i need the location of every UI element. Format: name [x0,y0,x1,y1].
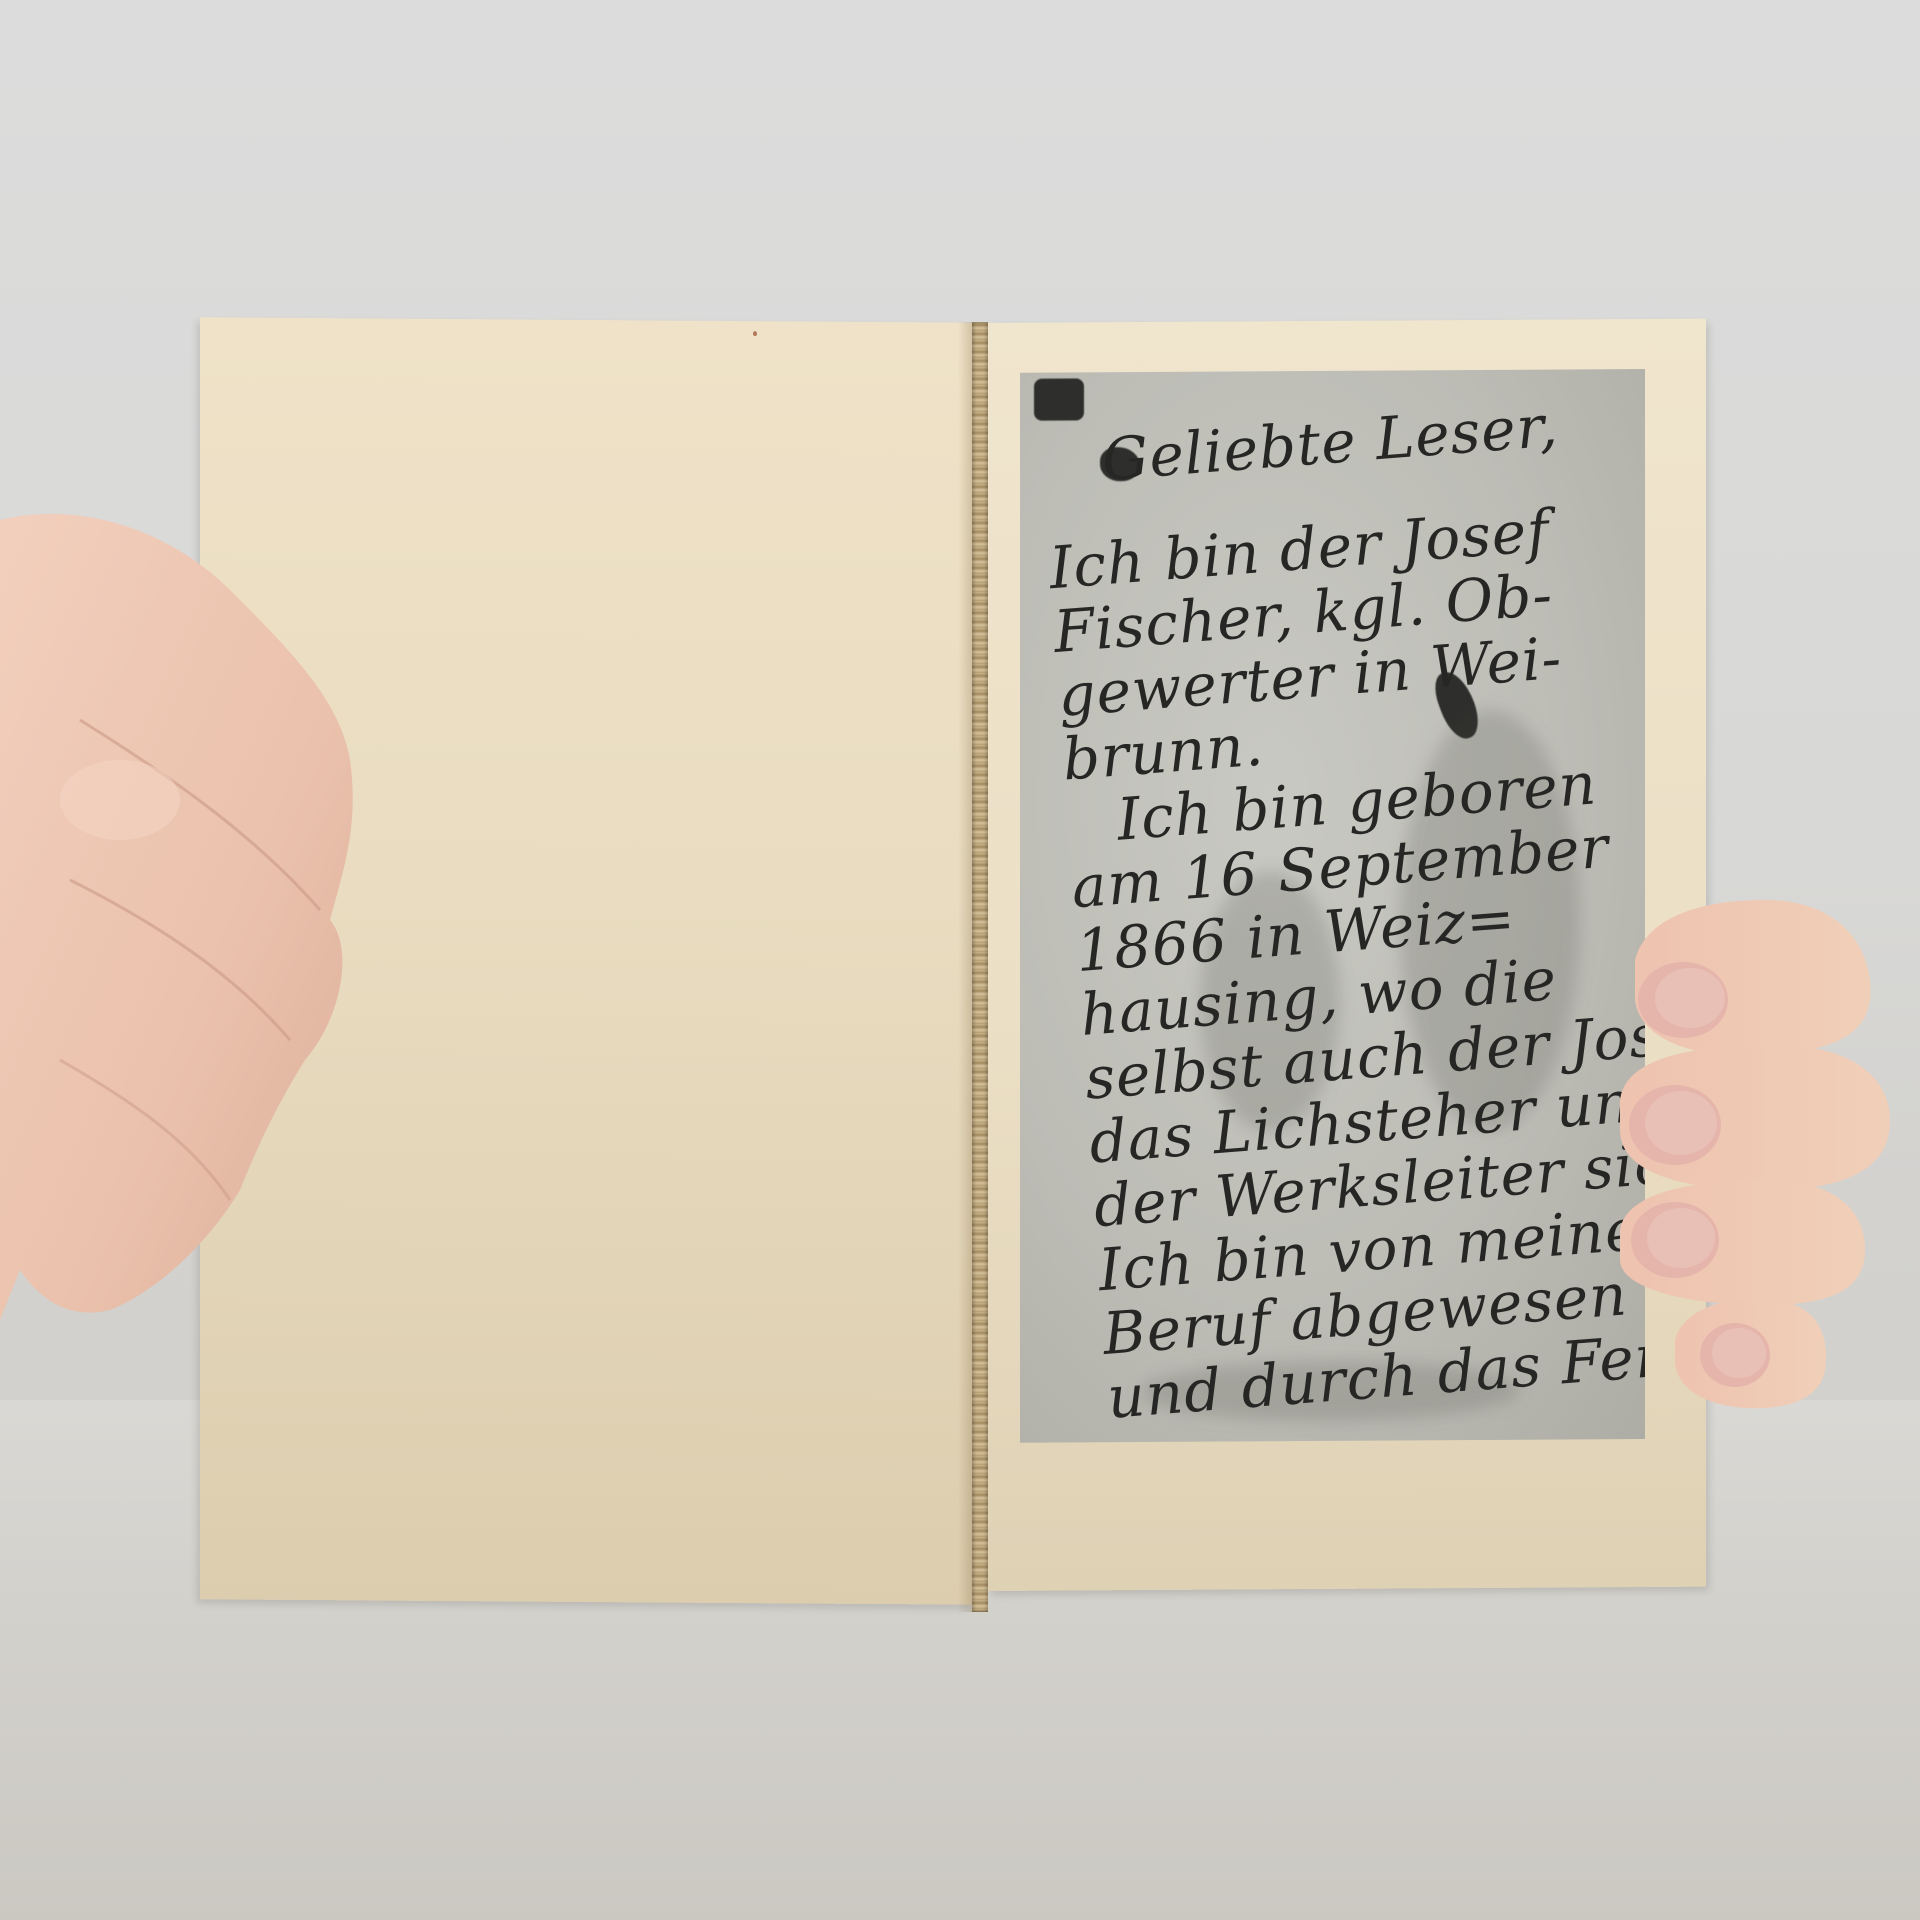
finger-little [1675,1299,1826,1408]
finger-index [1635,900,1871,1056]
left-hand [0,500,380,1320]
handwritten-letter-plate: Geliebte Leser, Ich bin der Josef Fische… [1020,369,1645,1443]
ink-blot-corner [1034,378,1084,420]
right-hand [1615,880,1895,1420]
book-spine-binding [972,322,988,1612]
photo-scene: Geliebte Leser, Ich bin der Josef Fische… [0,0,1920,1920]
finger-middle [1620,1045,1890,1190]
paper-speck [753,331,757,336]
finger-ring [1620,1180,1865,1305]
handwritten-text: Geliebte Leser, Ich bin der Josef Fische… [1040,387,1645,1430]
right-page: Geliebte Leser, Ich bin der Josef Fische… [988,319,1706,1591]
handwritten-line: Geliebte Leser, [1100,387,1645,492]
